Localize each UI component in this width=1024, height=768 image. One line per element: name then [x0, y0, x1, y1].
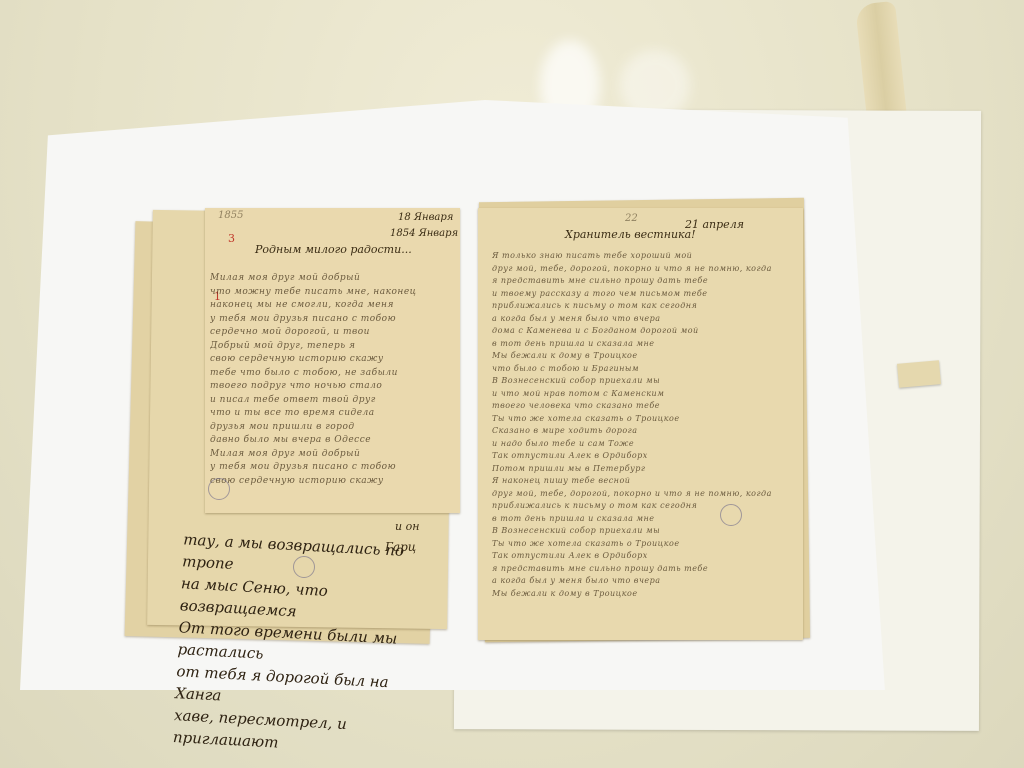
- margin-note: и он: [395, 520, 419, 533]
- page-number: 22: [625, 213, 638, 224]
- document-title: Хранитель вестника!: [565, 228, 696, 241]
- archive-stamp: [720, 504, 742, 526]
- archive-stamp: [293, 556, 315, 578]
- date-header: 18 Января: [398, 212, 453, 223]
- handwritten-body: Я только знаю писать тебе хороший мой др…: [492, 250, 792, 610]
- page-number: 1855: [218, 210, 243, 221]
- document-title: Родным милого радости...: [255, 243, 412, 256]
- handwritten-body: Милая моя друг мой добрый что можну тебе…: [210, 272, 425, 497]
- year-header: 1854 Января: [390, 228, 458, 239]
- folder-tie[interactable]: [897, 360, 941, 388]
- red-annotation: 3: [228, 232, 235, 245]
- archive-stamp: [208, 478, 230, 500]
